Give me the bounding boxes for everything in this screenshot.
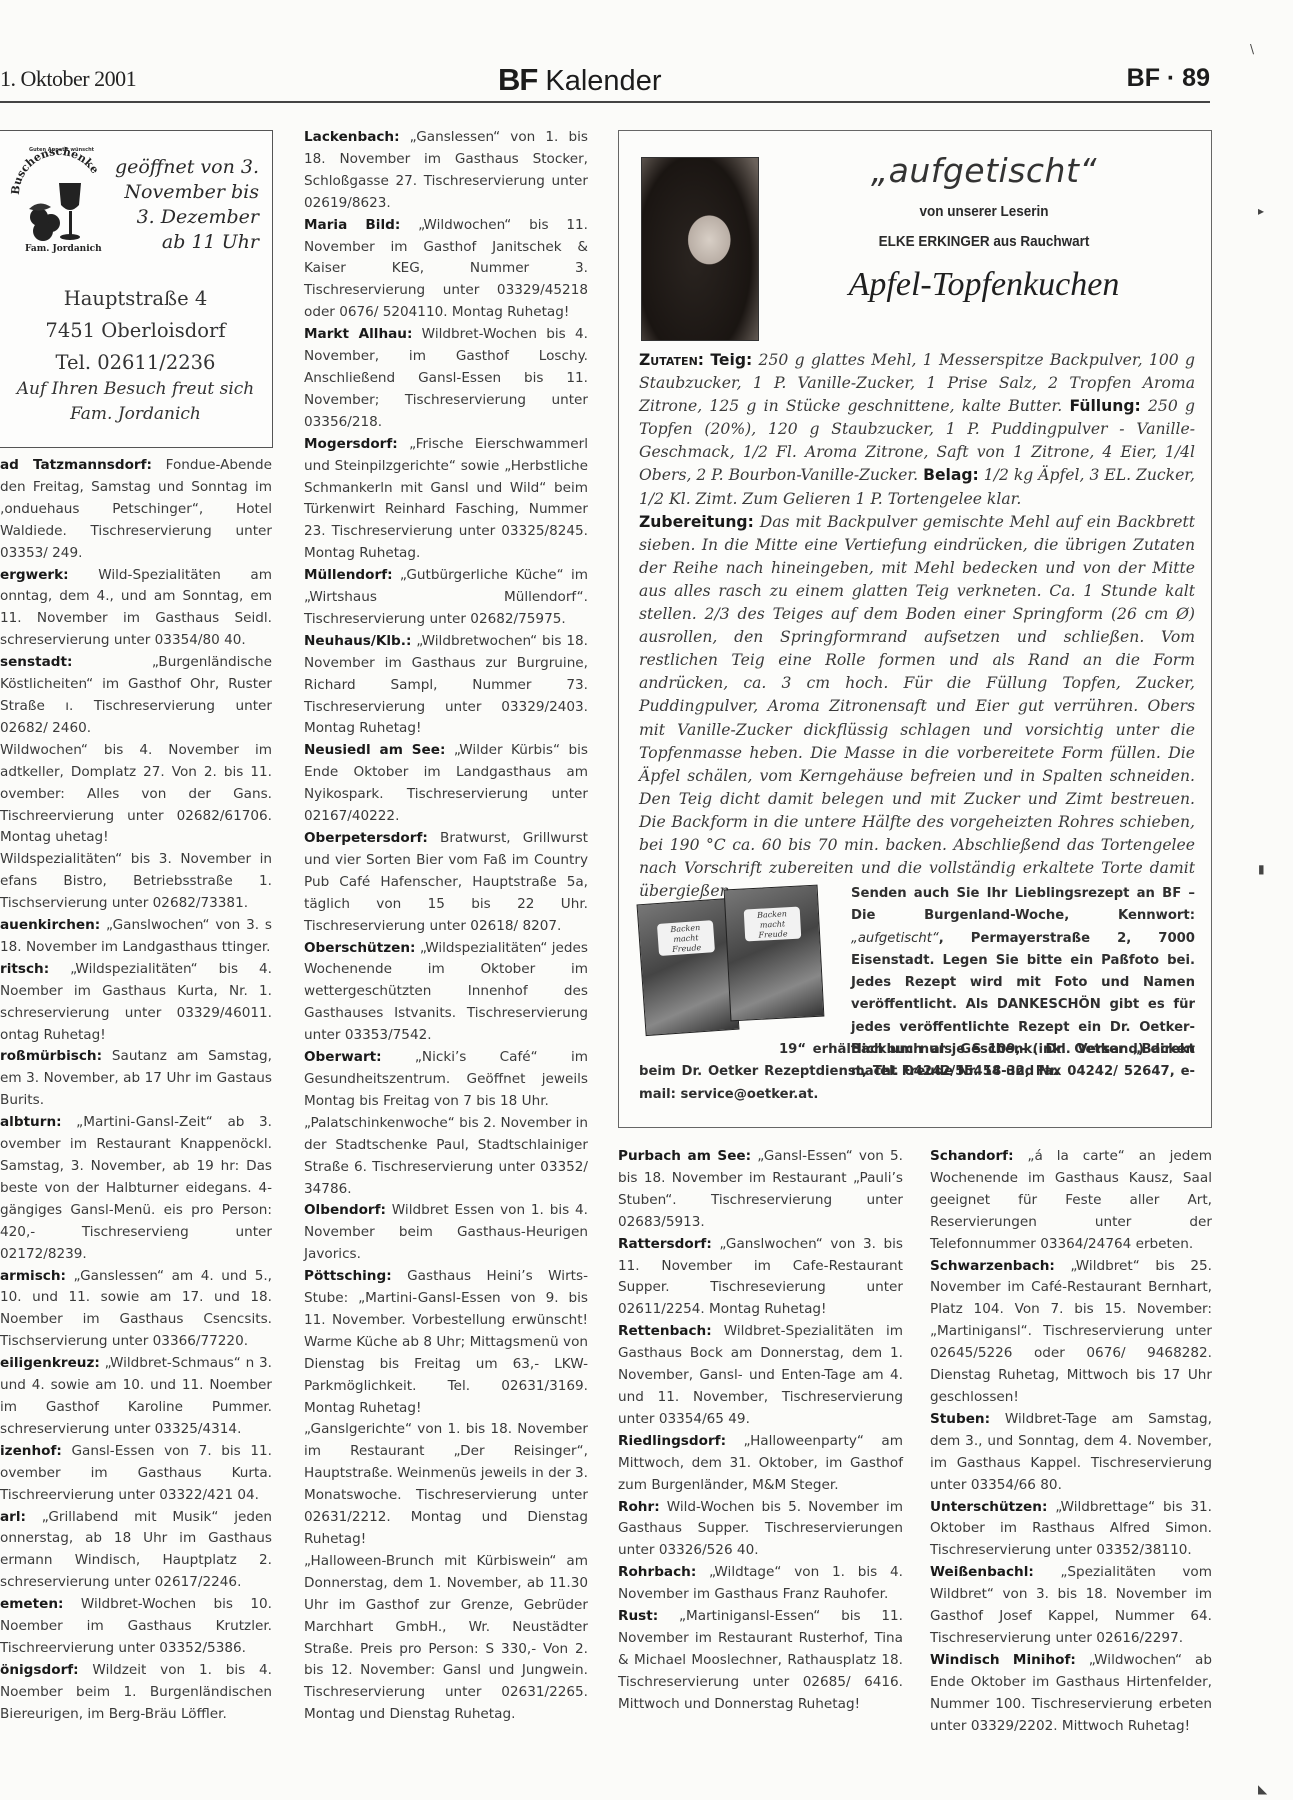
listing-entry: „Palatschinkenwoche“ bis 2. November in … bbox=[304, 1113, 588, 1201]
listing-entry: Oberwart: „Nicki’s Café“ im Gesundheitsz… bbox=[304, 1047, 588, 1113]
listing-entry: roßmürbisch: Sautanz am Samstag, em 3. N… bbox=[0, 1046, 272, 1112]
listing-place: Müllendorf: bbox=[304, 567, 393, 583]
listings-column-3: Purbach am See: „Gansl-Essen“ von 5. bis… bbox=[618, 1146, 903, 1716]
listing-entry: Unterschützen: „Wildbrettage“ bis 31. Ok… bbox=[930, 1497, 1212, 1563]
listing-entry: Rohrbach: „Wildtage“ von 1. bis 4. Novem… bbox=[618, 1562, 903, 1606]
ad-address: Hauptstraße 4 7451 Oberloisdorf Tel. 026… bbox=[0, 283, 272, 379]
recipe-feature: „aufgetischt“ von unserer Leserin ELKE E… bbox=[618, 130, 1212, 1128]
listing-place: emeten: bbox=[0, 1596, 63, 1612]
listing-entry: arl: „Grillabend mit Musik“ jeden onners… bbox=[0, 1507, 272, 1595]
book-cover: Backen macht Freude bbox=[724, 885, 825, 1022]
wine-glass-grapes-logo-icon: Guten Appetit wünscht Buschenschenke Fam… bbox=[7, 143, 107, 255]
listing-entry: Schandorf: „á la carte“ an jedem Wochene… bbox=[930, 1146, 1212, 1256]
listing-place: Rohr: bbox=[618, 1499, 660, 1515]
listing-entry: ritsch: „Wildspezialitäten“ bis 4. Noemb… bbox=[0, 959, 272, 1047]
listing-entry: „Ganslgerichte“ von 1. bis 18. November … bbox=[304, 1419, 588, 1550]
ad-phone: Tel. 02611/2236 bbox=[0, 347, 272, 379]
listing-place: Lackenbach: bbox=[304, 129, 400, 145]
listing-place: Schwarzenbach: bbox=[930, 1258, 1055, 1274]
listing-place: eiligenkreuz: bbox=[0, 1355, 100, 1371]
listing-entry: Rust: „Martinigansl-Essen“ bis 11. Novem… bbox=[618, 1606, 903, 1716]
listing-entry: Wildwochen“ bis 4. November im adtkeller… bbox=[0, 740, 272, 850]
author-photo bbox=[641, 157, 759, 341]
listing-entry: Rettenbach: Wildbret-Spezialitäten im Ga… bbox=[618, 1321, 903, 1431]
listing-entry: „Halloween-Brunch mit Kürbiswein“ am Don… bbox=[304, 1551, 588, 1726]
listing-entry: önigsdorf: Wildzeit von 1. bis 4. Noembe… bbox=[0, 1660, 272, 1726]
listing-entry: albturn: „Martini-Gansl-Zeit“ ab 3. ovem… bbox=[0, 1112, 272, 1265]
listing-entry: Oberpetersdorf: Bratwurst, Grillwurst un… bbox=[304, 828, 588, 938]
margin-mark: ◣ bbox=[1258, 1782, 1267, 1796]
listing-entry: Olbendorf: Wildbret Essen von 1. bis 4. … bbox=[304, 1200, 588, 1266]
listing-entry: Lackenbach: „Ganslessen“ von 1. bis 18. … bbox=[304, 127, 588, 215]
listing-place: Oberpetersdorf: bbox=[304, 830, 428, 846]
listing-text: „Grillabend mit Musik“ jeden onnerstag, … bbox=[0, 1509, 272, 1591]
listing-place: albturn: bbox=[0, 1114, 62, 1130]
listings-column-2: Lackenbach: „Ganslessen“ von 1. bis 18. … bbox=[304, 127, 588, 1726]
margin-mark: \ bbox=[1250, 42, 1254, 56]
listing-text: „Halloween-Brunch mit Kürbiswein“ am Don… bbox=[304, 1553, 588, 1722]
listing-place: Pöttsching: bbox=[304, 1268, 392, 1284]
oetker-order-info: 19“ erhältlich um nur je S 109,- (inkl. … bbox=[639, 1039, 1195, 1106]
listing-place: Stuben: bbox=[930, 1411, 990, 1427]
listing-place: Markt Allhau: bbox=[304, 326, 412, 342]
listing-place: önigsdorf: bbox=[0, 1662, 79, 1678]
listing-text: Wildwochen“ bis 4. November im adtkeller… bbox=[0, 742, 272, 846]
margin-mark: ▮ bbox=[1258, 862, 1265, 876]
ad-greeting: Auf Ihren Besuch freut sich Fam. Jordani… bbox=[0, 377, 272, 427]
listing-text: Gasthaus Heini’s Wirts-Stube: „Martini-G… bbox=[304, 1268, 588, 1415]
recipe-body: Zutaten: Teig: 250 g glattes Mehl, 1 Mes… bbox=[639, 349, 1195, 903]
recipe-title: Apfel-Topfenkuchen bbox=[757, 266, 1211, 304]
listing-entry: Rohr: Wild-Wochen bis 5. November im Gas… bbox=[618, 1497, 903, 1563]
listing-place: Oberschützen: bbox=[304, 940, 415, 956]
listing-place: Rohrbach: bbox=[618, 1564, 696, 1580]
opening-period: geöffnet von 3. November bis 3. Dezember… bbox=[111, 155, 259, 255]
listing-entry: Neuhaus/Klb.: „Wildbretwochen“ bis 18. N… bbox=[304, 631, 588, 741]
listing-place: Olbendorf: bbox=[304, 1202, 386, 1218]
listing-place: roßmürbisch: bbox=[0, 1048, 102, 1064]
listing-place: Rust: bbox=[618, 1608, 658, 1624]
listing-place: Oberwart: bbox=[304, 1049, 382, 1065]
listing-entry: senstadt: „Burgenländische Köstlicheiten… bbox=[0, 652, 272, 740]
listing-entry: Rattersdorf: „Ganslwochen“ von 3. bis 11… bbox=[618, 1234, 903, 1322]
listing-text: „Frische Eierschwammerl und Steinpilzger… bbox=[304, 436, 588, 562]
listing-place: Rettenbach: bbox=[618, 1323, 712, 1339]
section-title: BF Kalender bbox=[498, 62, 661, 98]
listing-text: „Wildbret“ bis 25. November im Café-Rest… bbox=[930, 1258, 1212, 1405]
bf-logo: BF bbox=[498, 62, 537, 97]
listing-entry: Müllendorf: „Gutbürgerliche Küche“ im „W… bbox=[304, 565, 588, 631]
page-header: 1. Oktober 2001 BF Kalender BF · 89 bbox=[0, 62, 1210, 102]
listing-entry: Neusiedl am See: „Wilder Kürbis“ bis End… bbox=[304, 740, 588, 828]
listing-place: Windisch Minihof: bbox=[930, 1652, 1076, 1668]
listing-entry: Schwarzenbach: „Wildbret“ bis 25. Novemb… bbox=[930, 1256, 1212, 1409]
listing-entry: Wildspezialitäten“ bis 3. November in ef… bbox=[0, 849, 272, 915]
listing-place: arl: bbox=[0, 1509, 26, 1525]
listing-entry: Maria Bild: „Wildwochen“ bis 11. Novembe… bbox=[304, 215, 588, 325]
listings-column-4: Schandorf: „á la carte“ an jedem Wochene… bbox=[930, 1146, 1212, 1737]
listing-place: Riedlingsdorf: bbox=[618, 1433, 726, 1449]
listing-place: Unterschützen: bbox=[930, 1499, 1047, 1515]
listing-place: senstadt: bbox=[0, 654, 72, 670]
listing-place: Weißenbachl: bbox=[930, 1564, 1034, 1580]
listing-entry: Riedlingsdorf: „Halloweenparty“ am Mittw… bbox=[618, 1431, 903, 1497]
buschenschenke-ad: Guten Appetit wünscht Buschenschenke Fam… bbox=[0, 130, 273, 448]
listing-entry: Pöttsching: Gasthaus Heini’s Wirts-Stube… bbox=[304, 1266, 588, 1419]
listing-place: Rattersdorf: bbox=[618, 1236, 712, 1252]
listings-column-1: ad Tatzmannsdorf: Fondue-Abende den Frei… bbox=[0, 455, 272, 1726]
listing-entry: Windisch Minihof: „Wildwochen“ ab Ende O… bbox=[930, 1650, 1212, 1738]
listing-place: izenhof: bbox=[0, 1443, 62, 1459]
listing-text: Wild-Wochen bis 5. November im Gasthaus … bbox=[618, 1499, 903, 1559]
listing-place: ergwerk: bbox=[0, 567, 69, 583]
recipe-byline: von unserer Leserin bbox=[780, 203, 1189, 220]
listing-place: ad Tatzmannsdorf: bbox=[0, 457, 152, 473]
recipe-author: ELKE ERKINGER aus Rauchwart bbox=[780, 233, 1189, 250]
listing-text: „Palatschinkenwoche“ bis 2. November in … bbox=[304, 1115, 588, 1197]
issue-date: 1. Oktober 2001 bbox=[0, 66, 136, 92]
svg-text:Fam. Jordanich: Fam. Jordanich bbox=[25, 244, 102, 254]
listing-entry: Stuben: Wildbret-Tage am Samstag, dem 3.… bbox=[930, 1409, 1212, 1497]
listing-entry: ad Tatzmannsdorf: Fondue-Abende den Frei… bbox=[0, 455, 272, 565]
listing-place: Purbach am See: bbox=[618, 1148, 751, 1164]
listing-entry: armisch: „Ganslessen“ am 4. und 5., 10. … bbox=[0, 1266, 272, 1354]
page-number: BF · 89 bbox=[1127, 64, 1210, 93]
book-cover: Backen macht Freude bbox=[637, 898, 740, 1036]
listing-place: Neusiedl am See: bbox=[304, 742, 445, 758]
listing-place: Schandorf: bbox=[930, 1148, 1014, 1164]
listing-entry: izenhof: Gansl-Essen von 7. bis 11. ovem… bbox=[0, 1441, 272, 1507]
header-rule bbox=[0, 101, 1210, 103]
listing-entry: emeten: Wildbret-Wochen bis 10. Noember … bbox=[0, 1594, 272, 1660]
listing-place: armisch: bbox=[0, 1268, 66, 1284]
recipe-kicker: „aufgetischt“ bbox=[757, 151, 1211, 190]
margin-mark: ▸ bbox=[1258, 204, 1264, 218]
oetker-books-image: Backen macht Freude Backen macht Freude bbox=[641, 883, 831, 1033]
listing-entry: eiligenkreuz: „Wildbret-Schmaus“ n 3. un… bbox=[0, 1353, 272, 1441]
listing-entry: Mogersdorf: „Frische Eierschwammerl und … bbox=[304, 434, 588, 565]
listing-place: auenkirchen: bbox=[0, 917, 100, 933]
listing-entry: Purbach am See: „Gansl-Essen“ von 5. bis… bbox=[618, 1146, 903, 1234]
listing-entry: auenkirchen: „Ganslwochen“ von 3. s 18. … bbox=[0, 915, 272, 959]
listing-entry: Markt Allhau: Wildbret-Wochen bis 4. Nov… bbox=[304, 324, 588, 434]
listing-text: „Martinigansl-Essen“ bis 11. November im… bbox=[618, 1608, 903, 1712]
listing-text: Wildspezialitäten“ bis 3. November in ef… bbox=[0, 851, 272, 911]
listing-place: Mogersdorf: bbox=[304, 436, 398, 452]
listing-place: Neuhaus/Klb.: bbox=[304, 633, 411, 649]
listing-text: „Martini-Gansl-Zeit“ ab 3. ovember im Re… bbox=[0, 1114, 272, 1261]
listing-entry: Oberschützen: „Wildspezialitäten“ jedes … bbox=[304, 938, 588, 1048]
listing-place: ritsch: bbox=[0, 961, 49, 977]
listing-entry: ergwerk: Wild-Spezialitäten am onntag, d… bbox=[0, 565, 272, 653]
listing-place: Maria Bild: bbox=[304, 217, 400, 233]
listing-text: „Ganslgerichte“ von 1. bis 18. November … bbox=[304, 1421, 588, 1547]
listing-entry: Weißenbachl: „Spezialitäten vom Wildbret… bbox=[930, 1562, 1212, 1650]
